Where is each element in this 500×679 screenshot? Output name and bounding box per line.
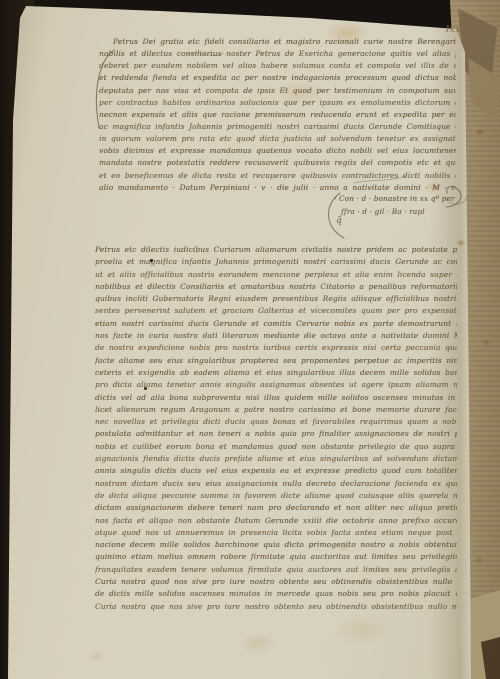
- manuscript-line: franquitates easdem tenere volumus firmi…: [95, 564, 457, 576]
- manuscript-line: vobis dicimus et expresse mandamus quate…: [99, 145, 456, 157]
- manuscript-line: dictis vel ad alia bona subproventa nisi…: [95, 392, 457, 404]
- manuscript-line: nacione decem mille solidos barchinone q…: [95, 539, 457, 551]
- manuscript-line: mandata nostre potestatis reddere recusa…: [99, 157, 456, 169]
- folio-number-partial: lxxxv: [450, 6, 473, 15]
- entry-block-2: Petrus etc dilectis iudicibus Curiarum a…: [95, 244, 457, 613]
- manuscript-line: deberet per eundem nobilem vel alios hab…: [99, 60, 456, 72]
- entry-block-1: Petrus Dei gratia etc fideli consiliario…: [99, 36, 456, 194]
- manuscript-line: etiam nostri carissimi ducis Gerunde et …: [95, 318, 457, 330]
- subscription-block: · Con · d · bonastre in xx qº perffra · …: [334, 192, 460, 218]
- manuscript-line: deputata per nos visa et compota de ipsi…: [99, 85, 456, 97]
- subscription-line: ffra · d · gil · Ba · rapl: [334, 205, 460, 218]
- manuscript-line: nec novellas et privilegia dicti ducis q…: [95, 416, 457, 428]
- manuscript-line: necnon expensis et aliis que racione pre…: [99, 109, 456, 121]
- manuscript-line: Petrus Dei gratia etc fideli consiliario…: [99, 36, 456, 48]
- manuscript-line: nos facte in curia nostra dati literarum…: [95, 330, 457, 342]
- ink-blot: [144, 387, 147, 390]
- manuscript-line: Curia nostra quod nos sive pro iure nost…: [95, 576, 457, 588]
- manuscript-line: facte aliame seu eius singularibus propt…: [95, 355, 457, 367]
- manuscript-line: nostram dictam ducis seu eius assignacio…: [95, 478, 457, 490]
- manuscript-line: et reddenda fienda et expedita ac per no…: [99, 72, 456, 84]
- manuscript-line: proelia et magnifica infantis Johannis p…: [95, 256, 457, 268]
- manuscript-line: Petrus etc dilectis iudicibus Curiarum a…: [95, 244, 457, 256]
- manuscript-line: sentes pervenerint salutem et graciam Ga…: [95, 305, 457, 317]
- manuscript-line: ceteris et exigendis ab eadem aliama et …: [95, 367, 457, 379]
- manuscript-photo: lxxxv lxxxv Petrus Dei gratia etc fideli…: [0, 0, 500, 679]
- manuscript-line: licet alienorum regum Aragonum a patre n…: [95, 404, 457, 416]
- manuscript-line: quibus incliti Gubernatoris Regni eiusde…: [95, 293, 457, 305]
- manuscript-line: nobilis et dilectus consiliarius noster …: [99, 48, 456, 60]
- manuscript-line: Curia nostra que nos sive pro iure nostr…: [95, 601, 457, 613]
- subscription-mark: q̃: [336, 216, 342, 226]
- manuscript-line: dictam assignacionem debere teneri nam p…: [95, 502, 457, 514]
- manuscript-line: atque quod nos ut annueremus in presenci…: [95, 527, 457, 539]
- manuscript-line: pro dicta aliama tenetur annis singulis …: [95, 379, 457, 391]
- manuscript-line: de dicta aliqua peccunie summa in favore…: [95, 490, 457, 502]
- manuscript-line: nos facta et aliquo non obstante Datum G…: [95, 515, 457, 527]
- manuscript-line: annis singulis dictis ducis vel eius exp…: [95, 465, 457, 477]
- manuscript-line: et eo beneficemus de dicta resta et recu…: [99, 170, 456, 182]
- manuscript-line: nobilibus et dilectis Consiliariis et am…: [95, 281, 457, 293]
- manuscript-line: de dictis mille solidos oscenses minutos…: [95, 588, 457, 600]
- manuscript-line: de nostra expedicione nobis pro nostris …: [95, 342, 457, 354]
- ink-blot: [150, 259, 153, 262]
- manuscript-line: ut et aliis officialibus nostris eorunde…: [95, 269, 457, 281]
- folio-number: lxxxv: [446, 24, 473, 35]
- manuscript-line: ac magnifica infantis Johannis primogeni…: [99, 121, 456, 133]
- manuscript-line: in quorum valorem pro rata etc quod dict…: [99, 133, 456, 145]
- manuscript-line: quinimo etiam melius omnem robore firmit…: [95, 551, 457, 563]
- manuscript-line: nobis et cuilibet eorum bona et mandamus…: [95, 441, 457, 453]
- subscription-line: · Con · d · bonastre in xx qº per: [334, 192, 460, 205]
- manuscript-line: per contractus habitos ordinarios soluci…: [99, 97, 456, 109]
- manuscript-line: postulata admittantur et non teneri a no…: [95, 428, 457, 440]
- manuscript-line: signacionis fiendis dictis ducis prefate…: [95, 453, 457, 465]
